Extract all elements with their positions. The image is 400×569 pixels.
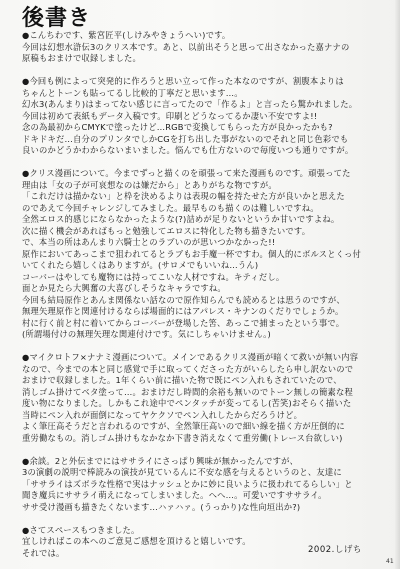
text-line: なので、今までの本と同じ感覚で手に取ってくださった方がいらしたら申し訳ないので [22, 364, 372, 376]
document-page: 後書き ●こんちわです、紫宮匠平(しけみやきょうへい)です。 今回は幻想水滸伝3… [0, 0, 400, 569]
text-line: 「ササライはズボラな性格で実はナッシュとかに妙に良いように扱われてるらしい」と [22, 479, 372, 491]
text-line: 聞き魔兵にササライ萌えになってしまいました。へへ…。可愛いですササライ。 [22, 490, 372, 502]
text-line: 「これだけは描かない」と枠を決めるよりは表現の幅を持たせた方が良いかと思えた [22, 191, 372, 203]
text-line: で、本当の所はあんまり六騎士とのラブいのが思いつかなかった!! [22, 237, 372, 249]
paragraph-greeting: ●こんちわです、紫宮匠平(しけみやきょうへい)です。 今回は幻想水滸伝3のクリス… [22, 30, 372, 65]
text-line: 今回は幻想水滸伝3のクリス本です。あと、以前出そうと思って出さなかった嘉ナナの [22, 42, 372, 54]
text-line: 全然エロス的感じにならなかったような(?)詰めが足りないというか甘いですよね。 [22, 214, 372, 226]
text-line: ●こんちわです、紫宮匠平(しけみやきょうへい)です。 [22, 30, 372, 42]
text-line: 3の演劇の説明で棒読みの演技が見ているんに不安な感を与えるというのと、友達に [22, 467, 372, 479]
text-line: よく筆圧高そうだと言われるのですが、全然筆圧高いので細い線を描く方が圧倒的に [22, 421, 372, 433]
text-line: ●クリス漫画について。今までずっと描くのを頑張って来た漫画ものです。頑張ってた [22, 168, 372, 180]
text-line: ●マイクロトフ×ナナミ漫画について。メインであるクリス漫画が暗くて救いが無い内容 [22, 352, 372, 364]
text-line: いてくれたら嬉しくはありますが。(サロメでもいいね…うん) [22, 260, 372, 272]
afterword-body: ●こんちわです、紫宮匠平(しけみやきょうへい)です。 今回は幻想水滸伝3のクリス… [22, 30, 372, 569]
paragraph-aside: ●余談。2と外伝までにはササライにさっぱり興味が無かったんですが、 3の演劇の説… [22, 456, 372, 514]
text-line: 村に行く前と村に着いてからコーバーが登場した筈、あっこで捕まったという事で。 [22, 318, 372, 330]
paragraph-microtof-nanami-manga: ●マイクロトフ×ナナミ漫画について。メインであるクリス漫画が暗くて救いが無い内容… [22, 352, 372, 444]
text-line: おまけで収録しました。1年くらい前に描いた物で既にペン入れもされていたので、 [22, 375, 372, 387]
text-line: 理由は「女の子が可哀想なのは嫌だから」とありがちな物ですが。 [22, 180, 372, 192]
text-line: 当時にペン入れが面倒になってヤケクソでペン入れしたからだろうけど。 [22, 410, 372, 422]
text-line: 度い物になりました。しかもこれ途中でペンタッチが変ってるし(苦笑)おそらく描いた [22, 398, 372, 410]
text-line: 良いのかどうかわからないまいました。悩んでも仕方ないので毎度いつも通りですが。 [22, 145, 372, 157]
text-line: ●今回も例によって突発的に作ろうと思い立って作った本なのですが、割腹本よりは [22, 76, 372, 88]
text-line: 今回も結局原作とあんま関係ない話なので原作知らんでも読めるとは思うのですが、 [22, 295, 372, 307]
text-line: ドキドキだ…自分のプリンタでしかCGを打ち出した事がないのでそれと同じ色彩でも [22, 134, 372, 146]
text-line: 今回は初めて表紙もデータ入稿です。印刷とどうなってるか凄い不安ですよ!! [22, 111, 372, 123]
text-line: 幻水3(あんまり)はまってない感じに言ってたので「作るよ」と言ったら驚かれました… [22, 99, 372, 111]
page-title: 後書き [22, 6, 91, 32]
text-line: 面とか見たら大興奮の大喜びしそうなキャラですね。 [22, 283, 372, 295]
text-line: 消しゴム掛けてベタ塗って…。おまけだし時間的余裕も無いのでトーン無しの簡素な程 [22, 387, 372, 399]
text-line: 次に描く機会があればもっと勉強してエロスに特化した物も描きたいです。 [22, 226, 372, 238]
text-line: ●さてスペースもつきました。 [22, 525, 372, 537]
author-signature: 2002.しげち [308, 543, 362, 555]
text-line: 原稿もおまけで収録しました。 [22, 53, 372, 65]
text-line: 念の為最初からCMYKで塗ったけど…RGBで変換してもらった方が良かったかも? [22, 122, 372, 134]
paragraph-chris-manga: ●クリス漫画について。今までずっと描くのを頑張って来た漫画ものです。頑張ってた … [22, 168, 372, 341]
text-line: ちゃんとトーンも貼ってるし比較的丁寧だと思います…。 [22, 88, 372, 100]
text-line: 無理矢理原作と関連付けるならば場面的にはアパレス・キナンのくだりでしょうか。 [22, 306, 372, 318]
text-line: のであえて今回チャレンジしてみました。最早ものも描くのは難しいですね。 [22, 203, 372, 215]
text-line: ●余談。2と外伝までにはササライにさっぱり興味が無かったんですが、 [22, 456, 372, 468]
page-edge-shadow [395, 0, 400, 569]
text-line: 重労働なもの。消しゴム掛けもなかなか下書き消えなくて重労働(トレース台欲しい) [22, 433, 372, 445]
text-line: コーバーはやしても魔物には持ってこいな人材ですね。キティだし。 [22, 272, 372, 284]
paragraph-production-notes: ●今回も例によって突発的に作ろうと思い立って作った本なのですが、割腹本よりは ち… [22, 76, 372, 157]
text-line: 原作においてあっこまで狙われてるとラブもお手魔一杯ですわ。個人的にボルスとくっ付 [22, 249, 372, 261]
text-line: ササ受け漫画も描きたくないます…ハァハァ。(うっかり)な性向垣出か?) [22, 502, 372, 514]
text-line: (所謂場付けの無理矢理な関連付けです。気にしちゃいけません。) [22, 329, 372, 341]
page-number: 41 [386, 558, 394, 565]
